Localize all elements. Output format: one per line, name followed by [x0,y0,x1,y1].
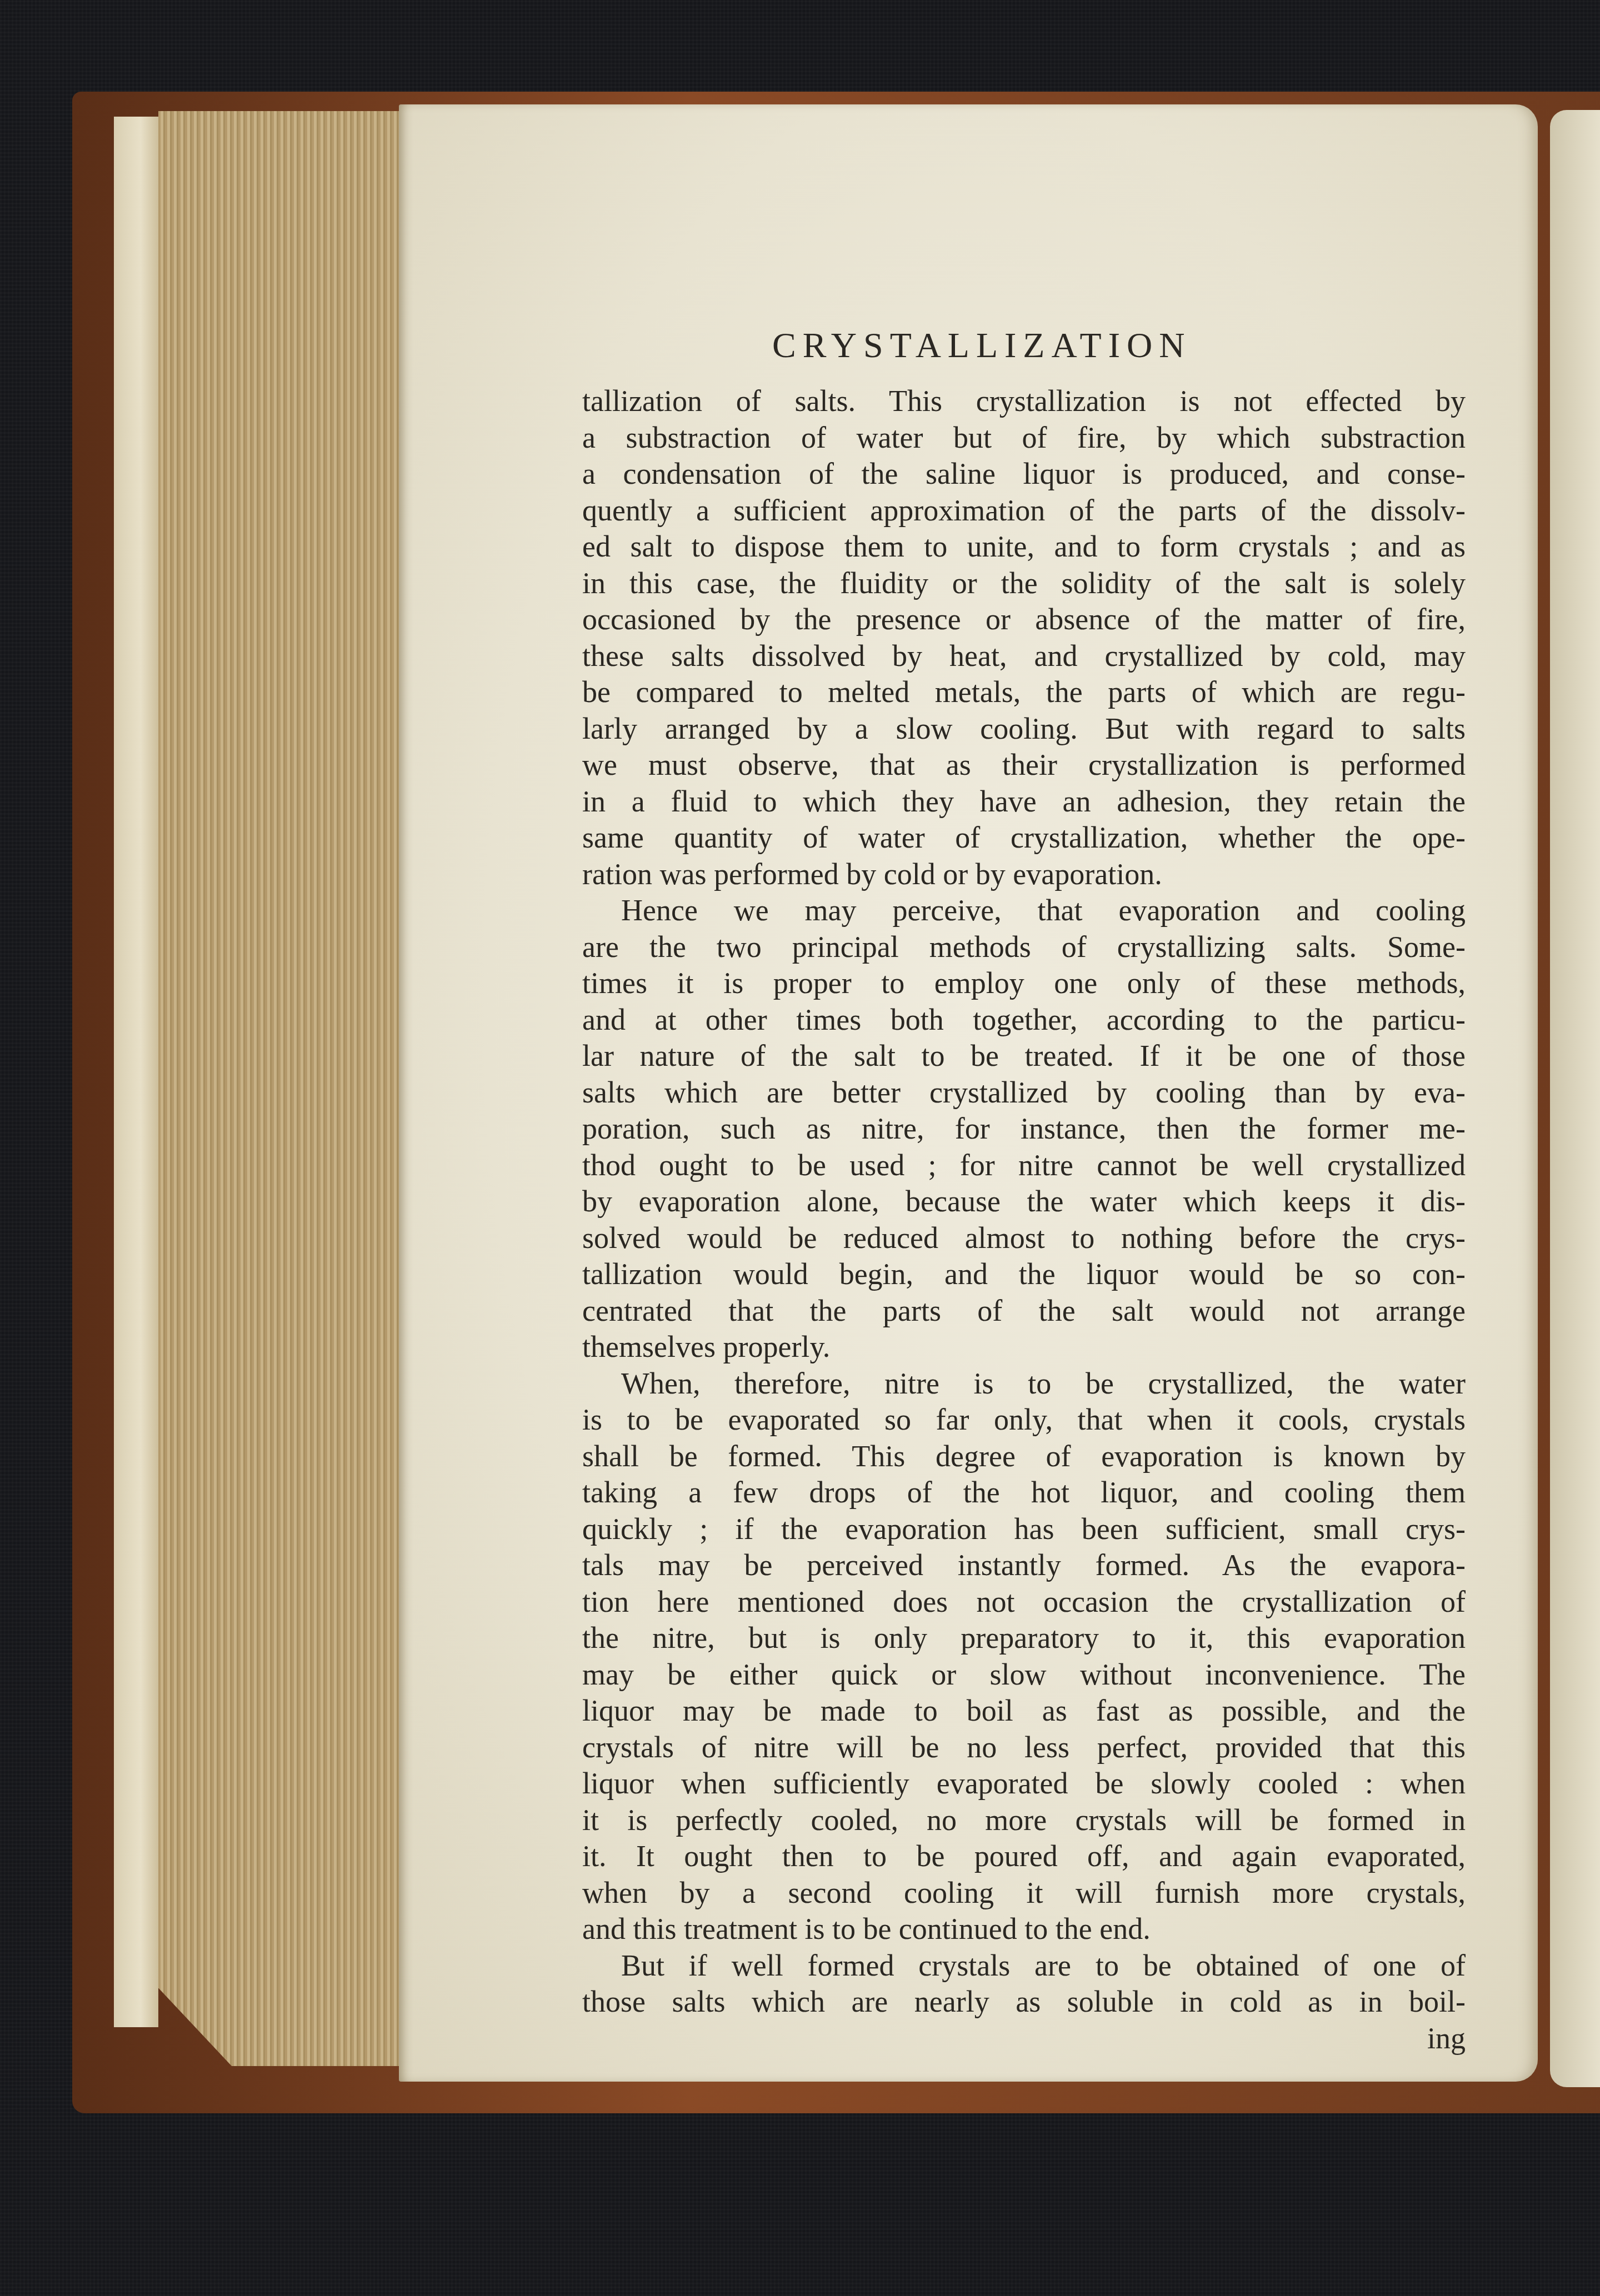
text-line: by evaporation alone, because the water … [582,1184,1466,1220]
catchword: ing [582,2021,1466,2057]
text-line: it. It ought then to be poured off, and … [582,1838,1466,1875]
text-line: in this case, the fluidity or the solidi… [582,565,1466,602]
text-line: be compared to melted metals, the parts … [582,674,1466,711]
text-line: taking a few drops of the hot liquor, an… [582,1475,1466,1511]
text-line: tals may be perceived instantly formed. … [582,1547,1466,1584]
text-line: crystals of nitre will be no less perfec… [582,1729,1466,1766]
text-line: tallization of salts. This crystallizati… [582,383,1466,420]
running-head: CRYSTALLIZATION [772,325,1272,366]
text-line: those salts which are nearly as soluble … [582,1984,1466,2021]
text-line: quently a sufficient approximation of th… [582,493,1466,529]
text-line: times it is proper to employ one only of… [582,965,1466,1002]
text-line: and this treatment is to be continued to… [582,1911,1466,1948]
body-text: tallization of salts. This crystallizati… [582,383,1466,2057]
text-line: may be either quick or slow without inco… [582,1657,1466,1693]
text-line: liquor may be made to boil as fast as po… [582,1693,1466,1729]
text-line: it is perfectly cooled, no more crystals… [582,1802,1466,1839]
text-line: in a fluid to which they have an adhesio… [582,784,1466,820]
text-line: the nitre, but is only preparatory to it… [582,1620,1466,1657]
text-line: are the two principal methods of crystal… [582,929,1466,966]
text-line: same quantity of water of crystallizatio… [582,820,1466,856]
text-line: ed salt to dispose them to unite, and to… [582,529,1466,565]
text-line: salts which are better crystallized by c… [582,1075,1466,1111]
text-line: tion here mentioned does not occasion th… [582,1584,1466,1621]
text-line: Hence we may perceive, that evaporation … [582,893,1466,929]
text-line: and at other times both together, accord… [582,1002,1466,1039]
text-line: lar nature of the salt to be treated. If… [582,1038,1466,1075]
text-line: larly arranged by a slow cooling. But wi… [582,711,1466,748]
text-line: centrated that the parts of the salt wou… [582,1293,1466,1330]
facing-page-edge [1550,110,1600,2087]
flyleaf-edge [114,117,158,2027]
text-line: poration, such as nitre, for instance, t… [582,1111,1466,1147]
text-line: when by a second cooling it will furnish… [582,1875,1466,1912]
page-edges [158,111,403,2066]
text-line: themselves properly. [582,1329,1466,1366]
text-line: ration was performed by cold or by evapo… [582,856,1466,893]
text-line: tallization would begin, and the liquor … [582,1256,1466,1293]
text-line: occasioned by the presence or absence of… [582,601,1466,638]
text-line: is to be evaporated so far only, that wh… [582,1402,1466,1438]
text-line: these salts dissolved by heat, and cryst… [582,638,1466,675]
text-line: thod ought to be used ; for nitre cannot… [582,1147,1466,1184]
text-line: quickly ; if the evaporation has been su… [582,1511,1466,1548]
text-line: But if well formed crystals are to be ob… [582,1948,1466,1984]
text-line: a condensation of the saline liquor is p… [582,456,1466,493]
text-line: solved would be reduced almost to nothin… [582,1220,1466,1257]
text-line: a substraction of water but of fire, by … [582,420,1466,457]
text-line: shall be formed. This degree of evaporat… [582,1438,1466,1475]
text-line: we must observe, that as their crystalli… [582,747,1466,784]
text-line: When, therefore, nitre is to be crystall… [582,1366,1466,1402]
text-line: liquor when sufficiently evaporated be s… [582,1766,1466,1802]
